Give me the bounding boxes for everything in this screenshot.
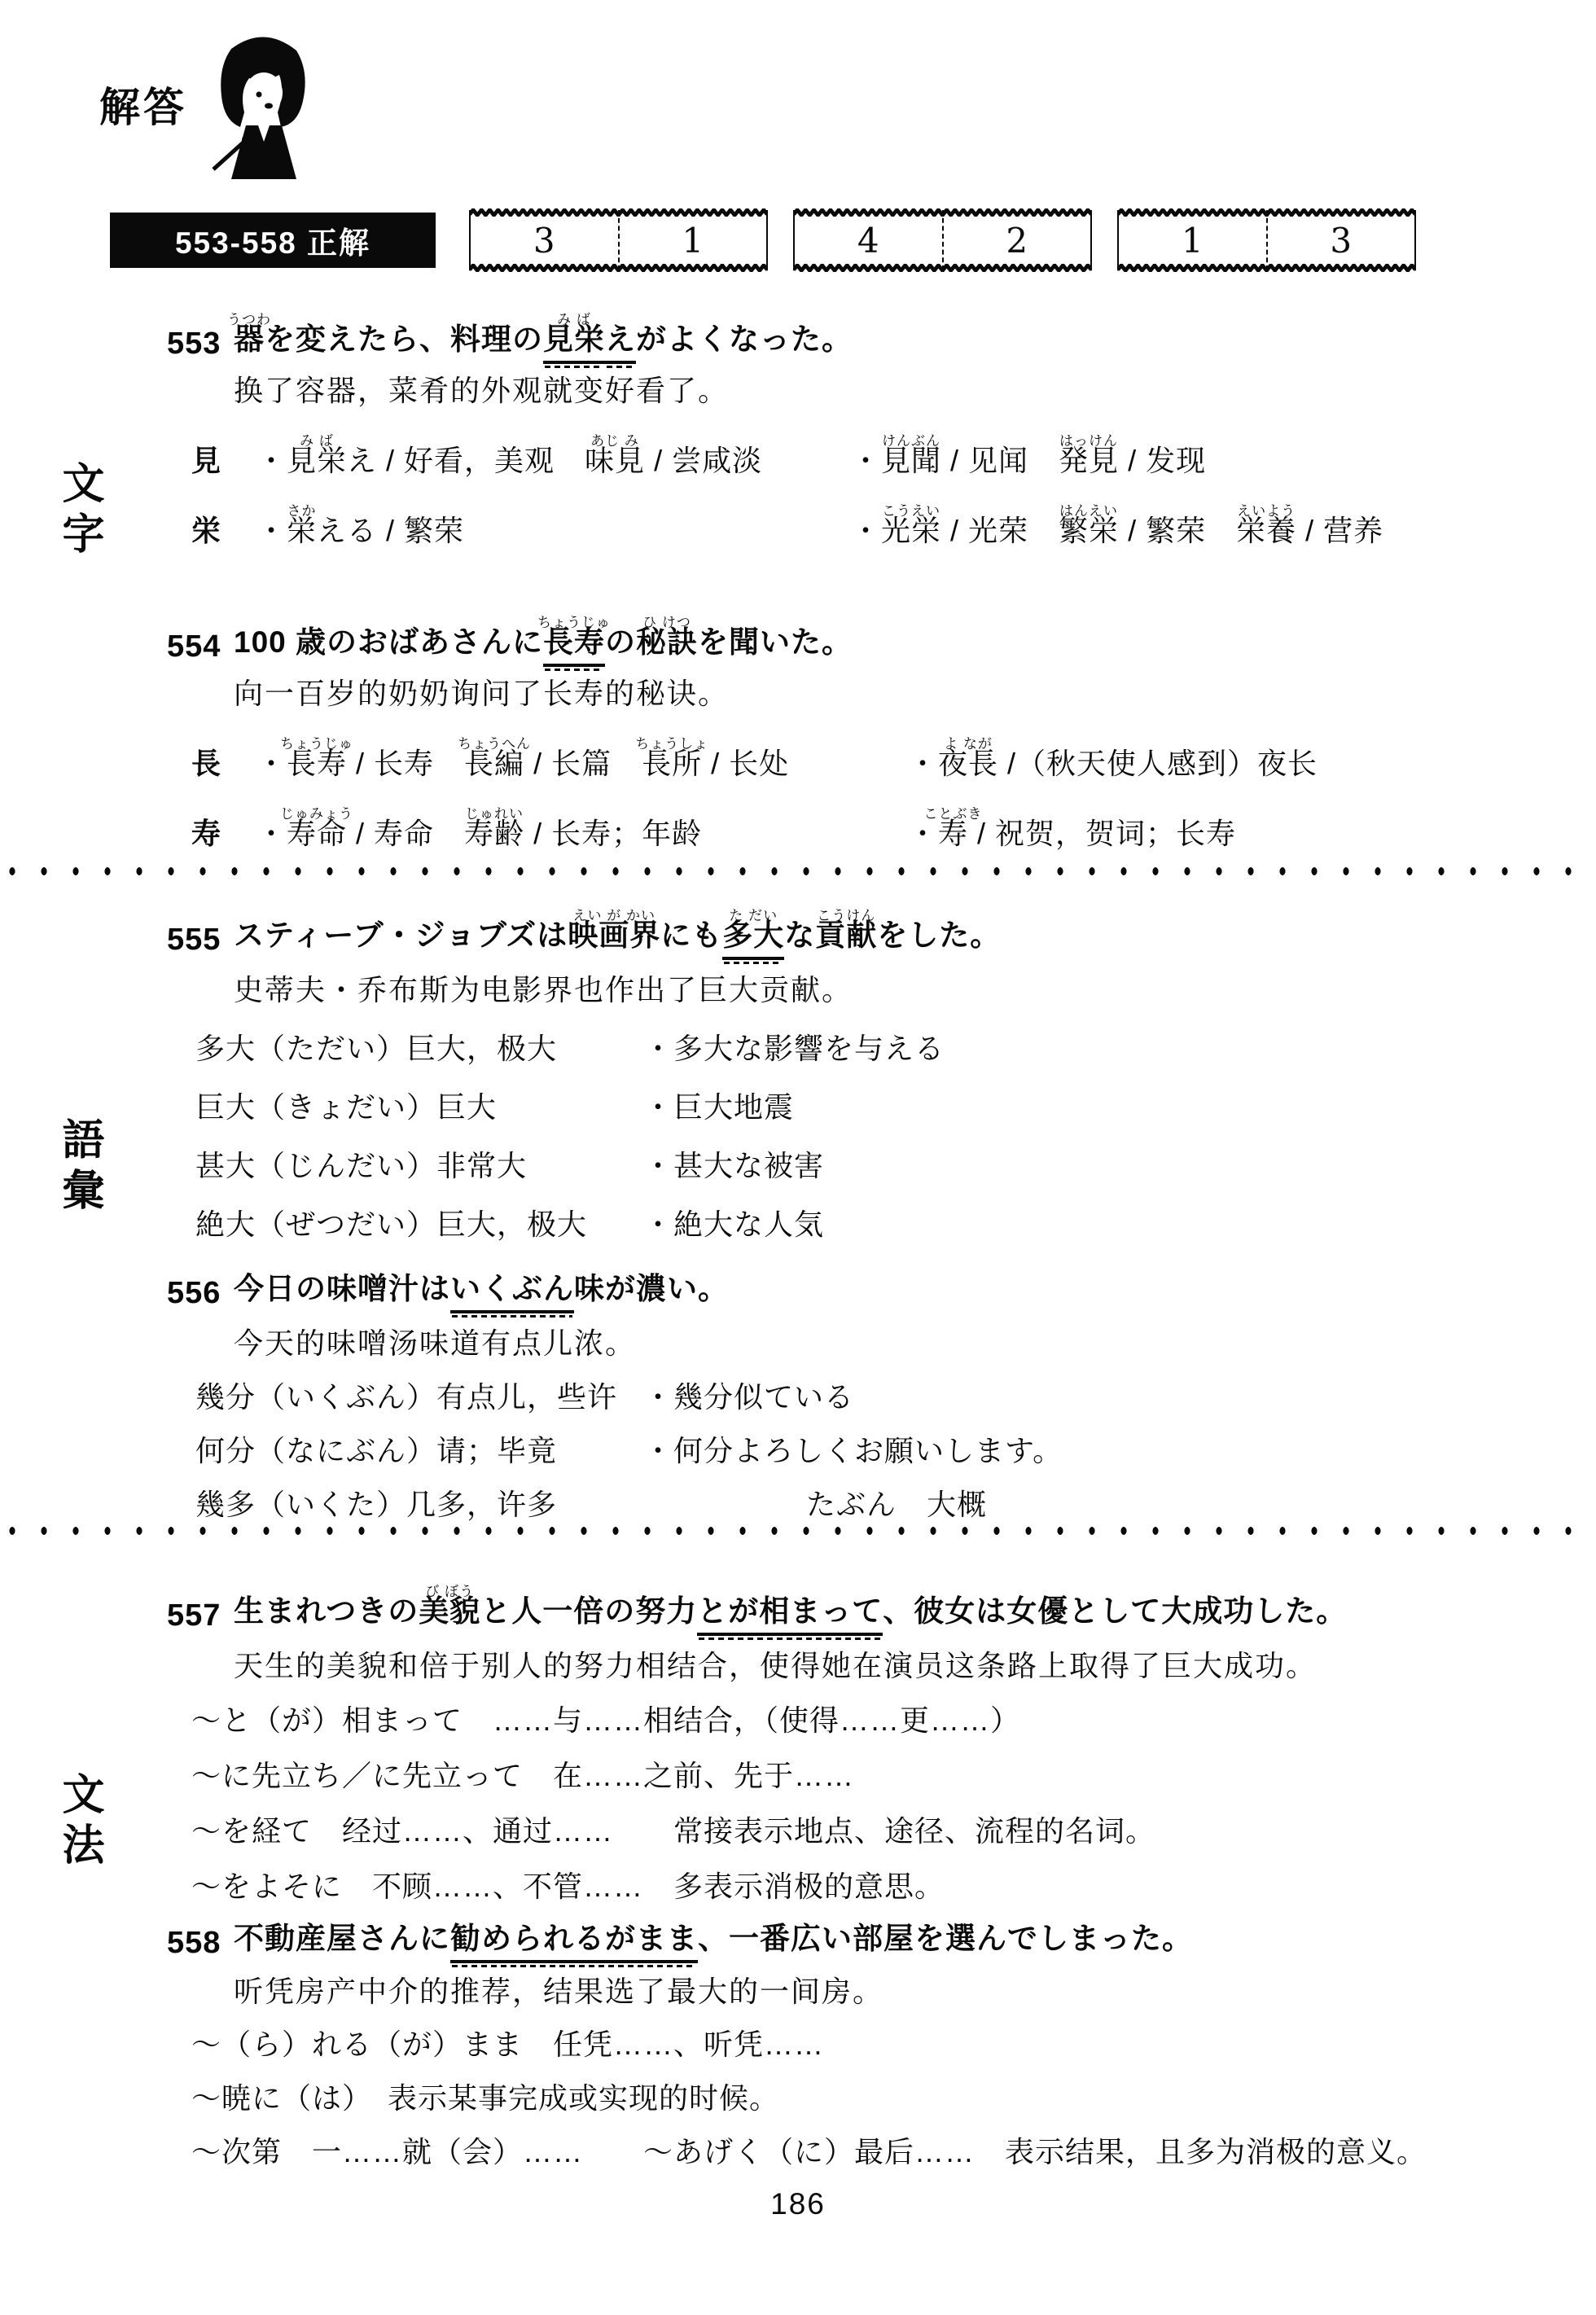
grammar-line: ～（ら）れる（が）まま 任凭……、听凭…… — [191, 2023, 1449, 2066]
kanji-examples-left: ・長寿ちょうじゅ / 长寿 長編ちょうへん / 长篇 長所ちょうしょ / 长处 — [256, 745, 908, 783]
teacher-girl-icon — [202, 34, 326, 179]
answer-box-3: 1 3 — [1117, 210, 1416, 270]
kanji-row: 寿 ・寿命じゅみょう / 寿命 寿齢じゅれい / 长寿；年龄 ・寿ことぶき / … — [191, 792, 1449, 853]
vocab-example: ・多大な影響を与える — [643, 1028, 1449, 1069]
vocab-example: たぶん 大概 — [643, 1484, 1449, 1525]
vocab-row: 何分（なにぶん）请；毕竟 ・何分よろしくお願いします。 — [195, 1431, 1449, 1471]
question-number: 556 — [167, 1273, 221, 1313]
grammar-line: ～をよそに 不顾……、不管…… 多表示消极的意思。 — [191, 1866, 1449, 1908]
vocab-example: ・何分よろしくお願いします。 — [643, 1431, 1449, 1471]
question-number: 554 — [167, 626, 221, 667]
kanji-head: 見 — [191, 442, 256, 480]
question-number: 557 — [167, 1595, 221, 1636]
question-554: 554 100 歳のおばあさんに長寿ちょうじゅの秘訣ひ けつを聞いた。 向一百岁… — [167, 594, 1449, 853]
chinese-translation: 向一百岁的奶奶询问了长寿的秘诀。 — [234, 673, 1449, 714]
kaitou-heading: 解答 — [99, 75, 187, 134]
question-sentence: 今日の味噌汁はいくぶん味が濃い。 — [234, 1272, 729, 1305]
question-sentence-line: 555 スティーブ・ジョブズは映画界えい が かいにも多大た だいな貢献こうけん… — [167, 888, 1449, 960]
sidebar-tab-goi: 語彙 — [49, 1117, 110, 1218]
grammar-line: ～暁に（は） 表示某事完成或实现的时候。 — [191, 2077, 1449, 2120]
answer-cell: 3 — [471, 210, 618, 270]
kanji-examples-right: ・夜長よ なが /（秋天使人感到）夜长 — [908, 745, 1449, 783]
vocab-example: ・絶大な人気 — [643, 1204, 1449, 1245]
question-number: 553 — [167, 323, 221, 364]
question-553: 553 器うつわを変えたら、料理の見栄み ばえがよくなった。 换了容器，菜肴的外… — [167, 292, 1449, 550]
kanji-examples-left: ・寿命じゅみょう / 寿命 寿齢じゅれい / 长寿；年龄 — [256, 815, 908, 853]
answer-cell: 2 — [942, 210, 1091, 270]
vocab-term: 幾多（いくた）几多，许多 — [195, 1484, 643, 1525]
dotted-separator — [5, 1524, 1591, 1537]
vocab-example: ・甚大な被害 — [643, 1146, 1449, 1186]
grammar-line: ～に先立ち／に先立って 在……之前、先于…… — [191, 1755, 1449, 1797]
question-sentence: 100 歳のおばあさんに長寿ちょうじゅの秘訣ひ けつを聞いた。 — [234, 625, 853, 659]
answer-cell: 4 — [795, 210, 942, 270]
sidebar-tab-bunpo: 文法 — [49, 1772, 110, 1873]
teacher-girl-illustration — [202, 34, 326, 183]
question-557: 557 生まれつきの美貌び ぼうと人一倍の努力とが相まって、彼女は女優として大成… — [167, 1563, 1449, 1908]
question-sentence: 器うつわを変えたら、料理の見栄み ばえがよくなった。 — [234, 322, 853, 356]
grammar-line: ～次第 一……就（会）…… ～あげく（に）最后…… 表示结果，且多为消极的意义。 — [191, 2131, 1449, 2173]
answer-cell: 1 — [1119, 210, 1266, 270]
question-558: 558 不動産屋さんに勧められるがまま、一番広い部屋を選んでしまった。 听凭房产… — [167, 1909, 1449, 2173]
vocab-term: 絶大（ぜつだい）巨大，极大 — [195, 1204, 643, 1245]
chinese-translation: 换了容器，菜肴的外观就变好看了。 — [234, 370, 1449, 411]
question-sentence-line: 557 生まれつきの美貌び ぼうと人一倍の努力とが相まって、彼女は女優として大成… — [167, 1563, 1449, 1636]
kanji-examples-right: ・寿ことぶき / 祝贺，贺词；长寿 — [908, 815, 1449, 853]
dotted-separator — [5, 865, 1591, 878]
question-sentence-line: 558 不動産屋さんに勧められるがまま、一番広い部屋を選んでしまった。 — [167, 1909, 1449, 1963]
vocab-row: 多大（ただい）巨大，极大 ・多大な影響を与える — [195, 1028, 1449, 1069]
vocab-row: 絶大（ぜつだい）巨大，极大 ・絶大な人気 — [195, 1204, 1449, 1245]
answer-box-1: 3 1 — [469, 210, 768, 270]
question-sentence-line: 556 今日の味噌汁はいくぶん味が濃い。 — [167, 1261, 1449, 1313]
answer-range-header: 553-558 正解 — [110, 213, 436, 268]
question-number: 558 — [167, 1923, 221, 1963]
vocab-term: 幾分（いくぶん）有点儿，些许 — [195, 1377, 643, 1418]
question-sentence: スティーブ・ジョブズは映画界えい が かいにも多大た だいな貢献こうけんをした。 — [234, 919, 1001, 952]
grammar-line: ～と（が）相まって ……与……相结合，（使得……更……） — [191, 1699, 1449, 1742]
kanji-head: 寿 — [191, 815, 256, 853]
question-555: 555 スティーブ・ジョブズは映画界えい が かいにも多大た だいな貢献こうけん… — [167, 888, 1449, 1245]
sidebar-tab-moji: 文字 — [49, 461, 110, 562]
kanji-row: 長 ・長寿ちょうじゅ / 长寿 長編ちょうへん / 长篇 長所ちょうしょ / 长… — [191, 722, 1449, 783]
kanji-examples-left: ・見栄み ばえ / 好看，美观 味見あじ み / 尝咸淡 — [256, 442, 851, 480]
vocab-term: 巨大（きょだい）巨大 — [195, 1087, 643, 1128]
kanji-head: 栄 — [191, 512, 256, 550]
answer-bar: 553-558 正解 3 1 4 2 1 3 — [110, 210, 1413, 272]
kanji-row: 栄 ・栄さかえる / 繁荣 ・光栄こうえい / 光荣 繁栄はんえい / 繁荣 栄… — [191, 489, 1449, 550]
kanji-examples-left: ・栄さかえる / 繁荣 — [256, 512, 851, 550]
question-sentence: 生まれつきの美貌び ぼうと人一倍の努力とが相まって、彼女は女優として大成功した。 — [234, 1594, 1347, 1628]
question-556: 556 今日の味噌汁はいくぶん味が濃い。 今天的味噌汤味道有点儿浓。 幾分（いく… — [167, 1261, 1449, 1525]
vocab-term: 甚大（じんだい）非常大 — [195, 1146, 643, 1186]
grammar-line: ～を経て 经过……、通过…… 常接表示地点、途径、流程的名词。 — [191, 1810, 1449, 1852]
answer-box-2: 4 2 — [793, 210, 1092, 270]
chinese-translation: 今天的味噌汤味道有点儿浓。 — [234, 1323, 1449, 1364]
vocab-term: 何分（なにぶん）请；毕竟 — [195, 1431, 643, 1471]
vocab-row: 巨大（きょだい）巨大 ・巨大地震 — [195, 1087, 1449, 1128]
vocab-row: 幾分（いくぶん）有点儿，些许 ・幾分似ている — [195, 1377, 1449, 1418]
chinese-translation: 听凭房产中介的推荐，结果选了最大的一间房。 — [234, 1971, 1449, 2012]
page-number: 186 — [0, 2187, 1596, 2221]
question-sentence-line: 553 器うつわを変えたら、料理の見栄み ばえがよくなった。 — [167, 292, 1449, 364]
kanji-examples-right: ・光栄こうえい / 光荣 繁栄はんえい / 繁荣 栄養えいよう / 营养 — [851, 512, 1449, 550]
vocab-term: 多大（ただい）巨大，极大 — [195, 1028, 643, 1069]
vocab-example: ・巨大地震 — [643, 1087, 1449, 1128]
answer-cell: 3 — [1266, 210, 1415, 270]
kanji-row: 見 ・見栄み ばえ / 好看，美观 味見あじ み / 尝咸淡 ・見聞けんぶん /… — [191, 419, 1449, 480]
vocab-row: 甚大（じんだい）非常大 ・甚大な被害 — [195, 1146, 1449, 1186]
textbook-answer-page: { "page": { "kaitou_label": "解答", "page_… — [0, 0, 1596, 2315]
answer-cell: 1 — [618, 210, 767, 270]
vocab-row: 幾多（いくた）几多，许多 たぶん 大概 — [195, 1484, 1449, 1525]
question-number: 555 — [167, 919, 221, 960]
vocab-example: ・幾分似ている — [643, 1377, 1449, 1418]
question-sentence-line: 554 100 歳のおばあさんに長寿ちょうじゅの秘訣ひ けつを聞いた。 — [167, 594, 1449, 667]
chinese-translation: 天生的美貌和倍于别人的努力相结合，使得她在演员这条路上取得了巨大成功。 — [234, 1646, 1449, 1686]
question-sentence: 不動産屋さんに勧められるがまま、一番広い部屋を選んでしまった。 — [234, 1922, 1193, 1955]
chinese-translation: 史蒂夫・乔布斯为电影界也作出了巨大贡献。 — [234, 970, 1449, 1011]
kanji-examples-right: ・見聞けんぶん / 见闻 発見はっけん / 发现 — [851, 442, 1449, 480]
kanji-head: 長 — [191, 745, 256, 783]
